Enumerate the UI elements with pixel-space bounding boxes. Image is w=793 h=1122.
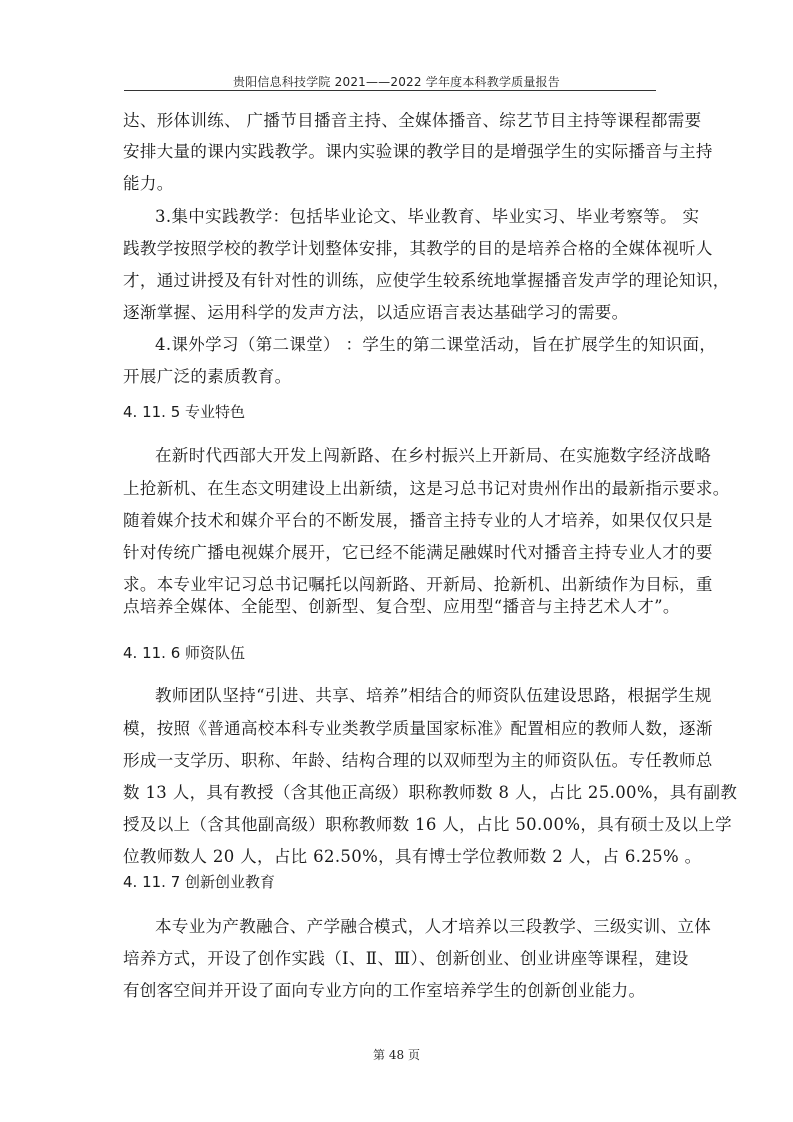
text-line: 求。本专业牢记习总书记嘱托以闯新路、开新局、抢新机、出新绩作为目标，重 bbox=[123, 575, 713, 595]
text-line: 才，通过讲授及有针对性的训练，应使学生较系统地掌握播音发声学的理论知识， bbox=[123, 271, 730, 291]
section-heading: 4. 11. 7 创新创业教育 bbox=[123, 872, 275, 892]
text-line: 点培养全媒体、全能型、创新型、复合型、应用型“播音与主持艺术人才”。 bbox=[123, 597, 680, 617]
text-line: 教师团队坚持“引进、共享、培养”相结合的师资队伍建设思路，根据学生规 bbox=[155, 686, 712, 706]
text-line: 在新时代西部大开发上闯新路、在乡村振兴上开新局、在实施数字经济战略 bbox=[155, 446, 711, 466]
text-line: 模，按照《普通高校本科专业类教学质量国家标准》配置相应的教师人数，逐渐 bbox=[123, 719, 713, 739]
text-line: 安排大量的课内实践教学。课内实验课的教学目的是增强学生的实际播音与主持 bbox=[123, 142, 713, 162]
text-line: 授及以上（含其他副高级）职称教师数 16 人，占比 50.00%，具有硕士及以上… bbox=[123, 815, 732, 835]
text-line: 逐渐掌握、运用科学的发声方法，以适应语言表达基础学习的需要。 bbox=[123, 303, 629, 323]
text-line: 位教师数人 20 人，占比 62.50%，具有博士学位教师数 2 人，占 6.2… bbox=[123, 847, 701, 867]
text-line: 数 13 人，具有教授（含其他正高级）职称教师数 8 人，占比 25.00%，具… bbox=[123, 783, 737, 803]
section-heading: 4. 11. 6 师资队伍 bbox=[123, 643, 245, 663]
text-line: 4.课外学习（第二课堂） ：学生的第二课堂活动，旨在扩展学生的知识面， bbox=[155, 335, 716, 355]
text-line: 3.集中实践教学：包括毕业论文、毕业教育、毕业实习、毕业考察等。 实 bbox=[155, 207, 699, 227]
text-line: 践教学按照学校的教学计划整体安排，其教学的目的是培养合格的全媒体视听人 bbox=[123, 239, 713, 259]
text-line: 针对传统广播电视媒介展开，它已经不能满足融媒时代对播音主持专业人才的要 bbox=[123, 543, 713, 563]
text-line: 有创客空间并开设了面向专业方向的工作室培养学生的创新创业能力。 bbox=[123, 981, 645, 1001]
text-line: 形成一支学历、职称、年龄、结构合理的以双师型为主的师资队伍。专任教师总 bbox=[123, 751, 713, 771]
page-number: 第 48 页 bbox=[0, 1046, 793, 1063]
text-line: 随着媒介技术和媒介平台的不断发展，播音主持专业的人才培养，如果仅仅只是 bbox=[123, 511, 713, 531]
header-divider bbox=[124, 90, 656, 91]
text-line: 培养方式，开设了创作实践（Ⅰ、Ⅱ、Ⅲ）、创新创业、创业讲座等课程，建设 bbox=[123, 949, 689, 969]
text-line: 上抢新机、在生态文明建设上出新绩，这是习总书记对贵州作出的最新指示要求。 bbox=[123, 479, 730, 499]
text-line: 本专业为产教融合、产学融合模式，人才培养以三段教学、三级实训、立体 bbox=[155, 917, 711, 937]
text-line: 能力。 bbox=[123, 174, 174, 194]
text-line: 达、形体训练、 广播节目播音主持、全媒体播音、综艺节目主持等课程都需要 bbox=[123, 111, 702, 131]
section-heading: 4. 11. 5 专业特色 bbox=[123, 402, 245, 422]
header-title: 贵阳信息科技学院 2021——2022 学年度本科教学质量报告 bbox=[0, 73, 793, 90]
text-line: 开展广泛的素质教育。 bbox=[123, 367, 292, 387]
